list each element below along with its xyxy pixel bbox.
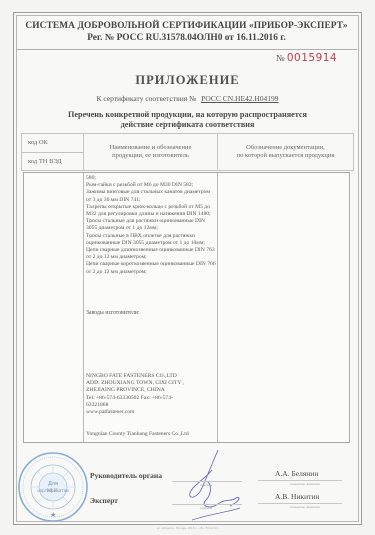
product-column-header: Наименование и обозначение продукции, ее…: [84, 134, 218, 170]
code-column-cell: [24, 173, 84, 442]
factory-ningbo: NINGBO FATE FASTENERS CO.,LTD ADD: ZHOUX…: [86, 373, 217, 416]
print-info: ао «Опцион», Москва, 2016 г., «Б», Т3 № …: [0, 527, 375, 530]
table-header: код ОК код ТН ВЭД Наименование и обознач…: [21, 133, 354, 171]
expert-signature-caption: подпись: [200, 506, 212, 510]
docs-column-cell: [218, 173, 349, 442]
certificate-number: РОСС CN.НЕ42.Н04199: [201, 94, 278, 103]
factory-name: NINGBO FATE FASTENERS CO.,LTD: [86, 373, 217, 380]
table-body: 580; Рым-гайки с резьбой от М6 до М30 DI…: [23, 172, 350, 443]
subtitle-line2: действие сертификата соответствия: [0, 120, 375, 130]
product-item: Тросы стальные для растяжки оцинкованные…: [86, 218, 216, 232]
head-name: А.А. Белянин: [275, 469, 318, 478]
code-ok-label: код ОК: [28, 139, 48, 146]
head-label: Руководитель органа: [90, 471, 162, 480]
docs-column-header: Обозначение документации, по которой вып…: [218, 134, 353, 170]
product-item: Цепи сварные короткозвенные оцинкованные…: [86, 261, 216, 275]
product-item: Цепи сварные длиннозвенные оцинкованные …: [86, 247, 216, 261]
product-item: Тросы стальные в ПВХ оплетке для растяжк…: [86, 233, 216, 247]
factory-address: ADD: ZHOUXIANG TOWN, CIXI CITY ,: [86, 380, 217, 387]
subtitle: Перечень конкретной продукции, на котору…: [0, 110, 375, 130]
code-column-header: код ОК код ТН ВЭД: [22, 134, 84, 170]
number-prefix: №: [276, 53, 285, 63]
svg-text:Для: Для: [48, 481, 58, 487]
head-signature-line: [172, 481, 242, 482]
factory-website: www.patfastener.com: [86, 409, 217, 416]
certificate-label: К сертификату соответствия №: [96, 94, 196, 103]
page-title: ПРИЛОЖЕНИЕ: [0, 73, 375, 88]
appendix-number: № 0015914: [276, 52, 337, 64]
factory-phone: Tel: +86-574-63330502 Fax: +86-574-: [86, 395, 217, 402]
svg-text:М.П.: М.П.: [47, 488, 60, 494]
factory-fax: 63321868: [86, 402, 217, 409]
expert-label: Эксперт: [90, 496, 118, 505]
docs-header-line1: Обозначение документации,: [237, 144, 335, 153]
product-header-line2: продукции, ее изготовитель: [110, 152, 192, 161]
head-name-caption: инициалы, фамилия: [290, 482, 320, 486]
product-list: 580; Рым-гайки с резьбой от М6 до М30 DI…: [86, 175, 216, 276]
code-tn-label: код ТН ВЭД: [28, 158, 62, 165]
code-divider: [22, 152, 83, 153]
head-signature-caption: подпись: [200, 483, 212, 487]
product-header-line1: Наименование и обозначение: [110, 144, 192, 153]
certificate-reference: К сертификату соответствия № РОСС CN.НЕ4…: [0, 94, 375, 103]
product-item: Рым-гайки с резьбой от М6 до М30 DIN 582…: [86, 182, 216, 189]
docs-header-line2: по которой выпускается продукция: [237, 152, 335, 161]
system-registration: Рег. № РОСС RU.31578.04ОЛН0 от 16.11.201…: [16, 33, 357, 43]
factory-province: ZHEJIAING PROVINCE, CHINA: [86, 387, 217, 394]
head-name-line: [258, 480, 342, 481]
expert-name-line: [258, 503, 342, 504]
system-name: СИСТЕМА ДОБРОВОЛЬНОЙ СЕРТИФИКАЦИИ «ПРИБО…: [16, 21, 357, 31]
expert-name: А.В. Никитин: [275, 492, 319, 501]
expert-signature-line: [172, 504, 242, 505]
number-value: 0015914: [287, 52, 337, 64]
product-item: Талрепы открытые крюк-кольцо с резьбой о…: [86, 204, 216, 218]
subtitle-line1: Перечень конкретной продукции, на котору…: [0, 110, 375, 120]
svg-text:★: ★: [50, 511, 56, 519]
factories-label: Заводы изготовители:: [86, 310, 140, 316]
factory-yongnian: Yongnian County Tianhang Fasteners Co.,L…: [86, 431, 217, 437]
stamp-seal-icon: Для сертификатов М.П. ★: [17, 451, 89, 523]
expert-name-caption: инициалы, фамилия: [290, 505, 320, 509]
certification-system-header: СИСТЕМА ДОБРОВОЛЬНОЙ СЕРТИФИКАЦИИ «ПРИБО…: [16, 15, 357, 50]
product-column-cell: 580; Рым-гайки с резьбой от М6 до М30 DI…: [84, 173, 218, 442]
product-item: Зажимы винтовые для стальных канатов диа…: [86, 189, 216, 203]
